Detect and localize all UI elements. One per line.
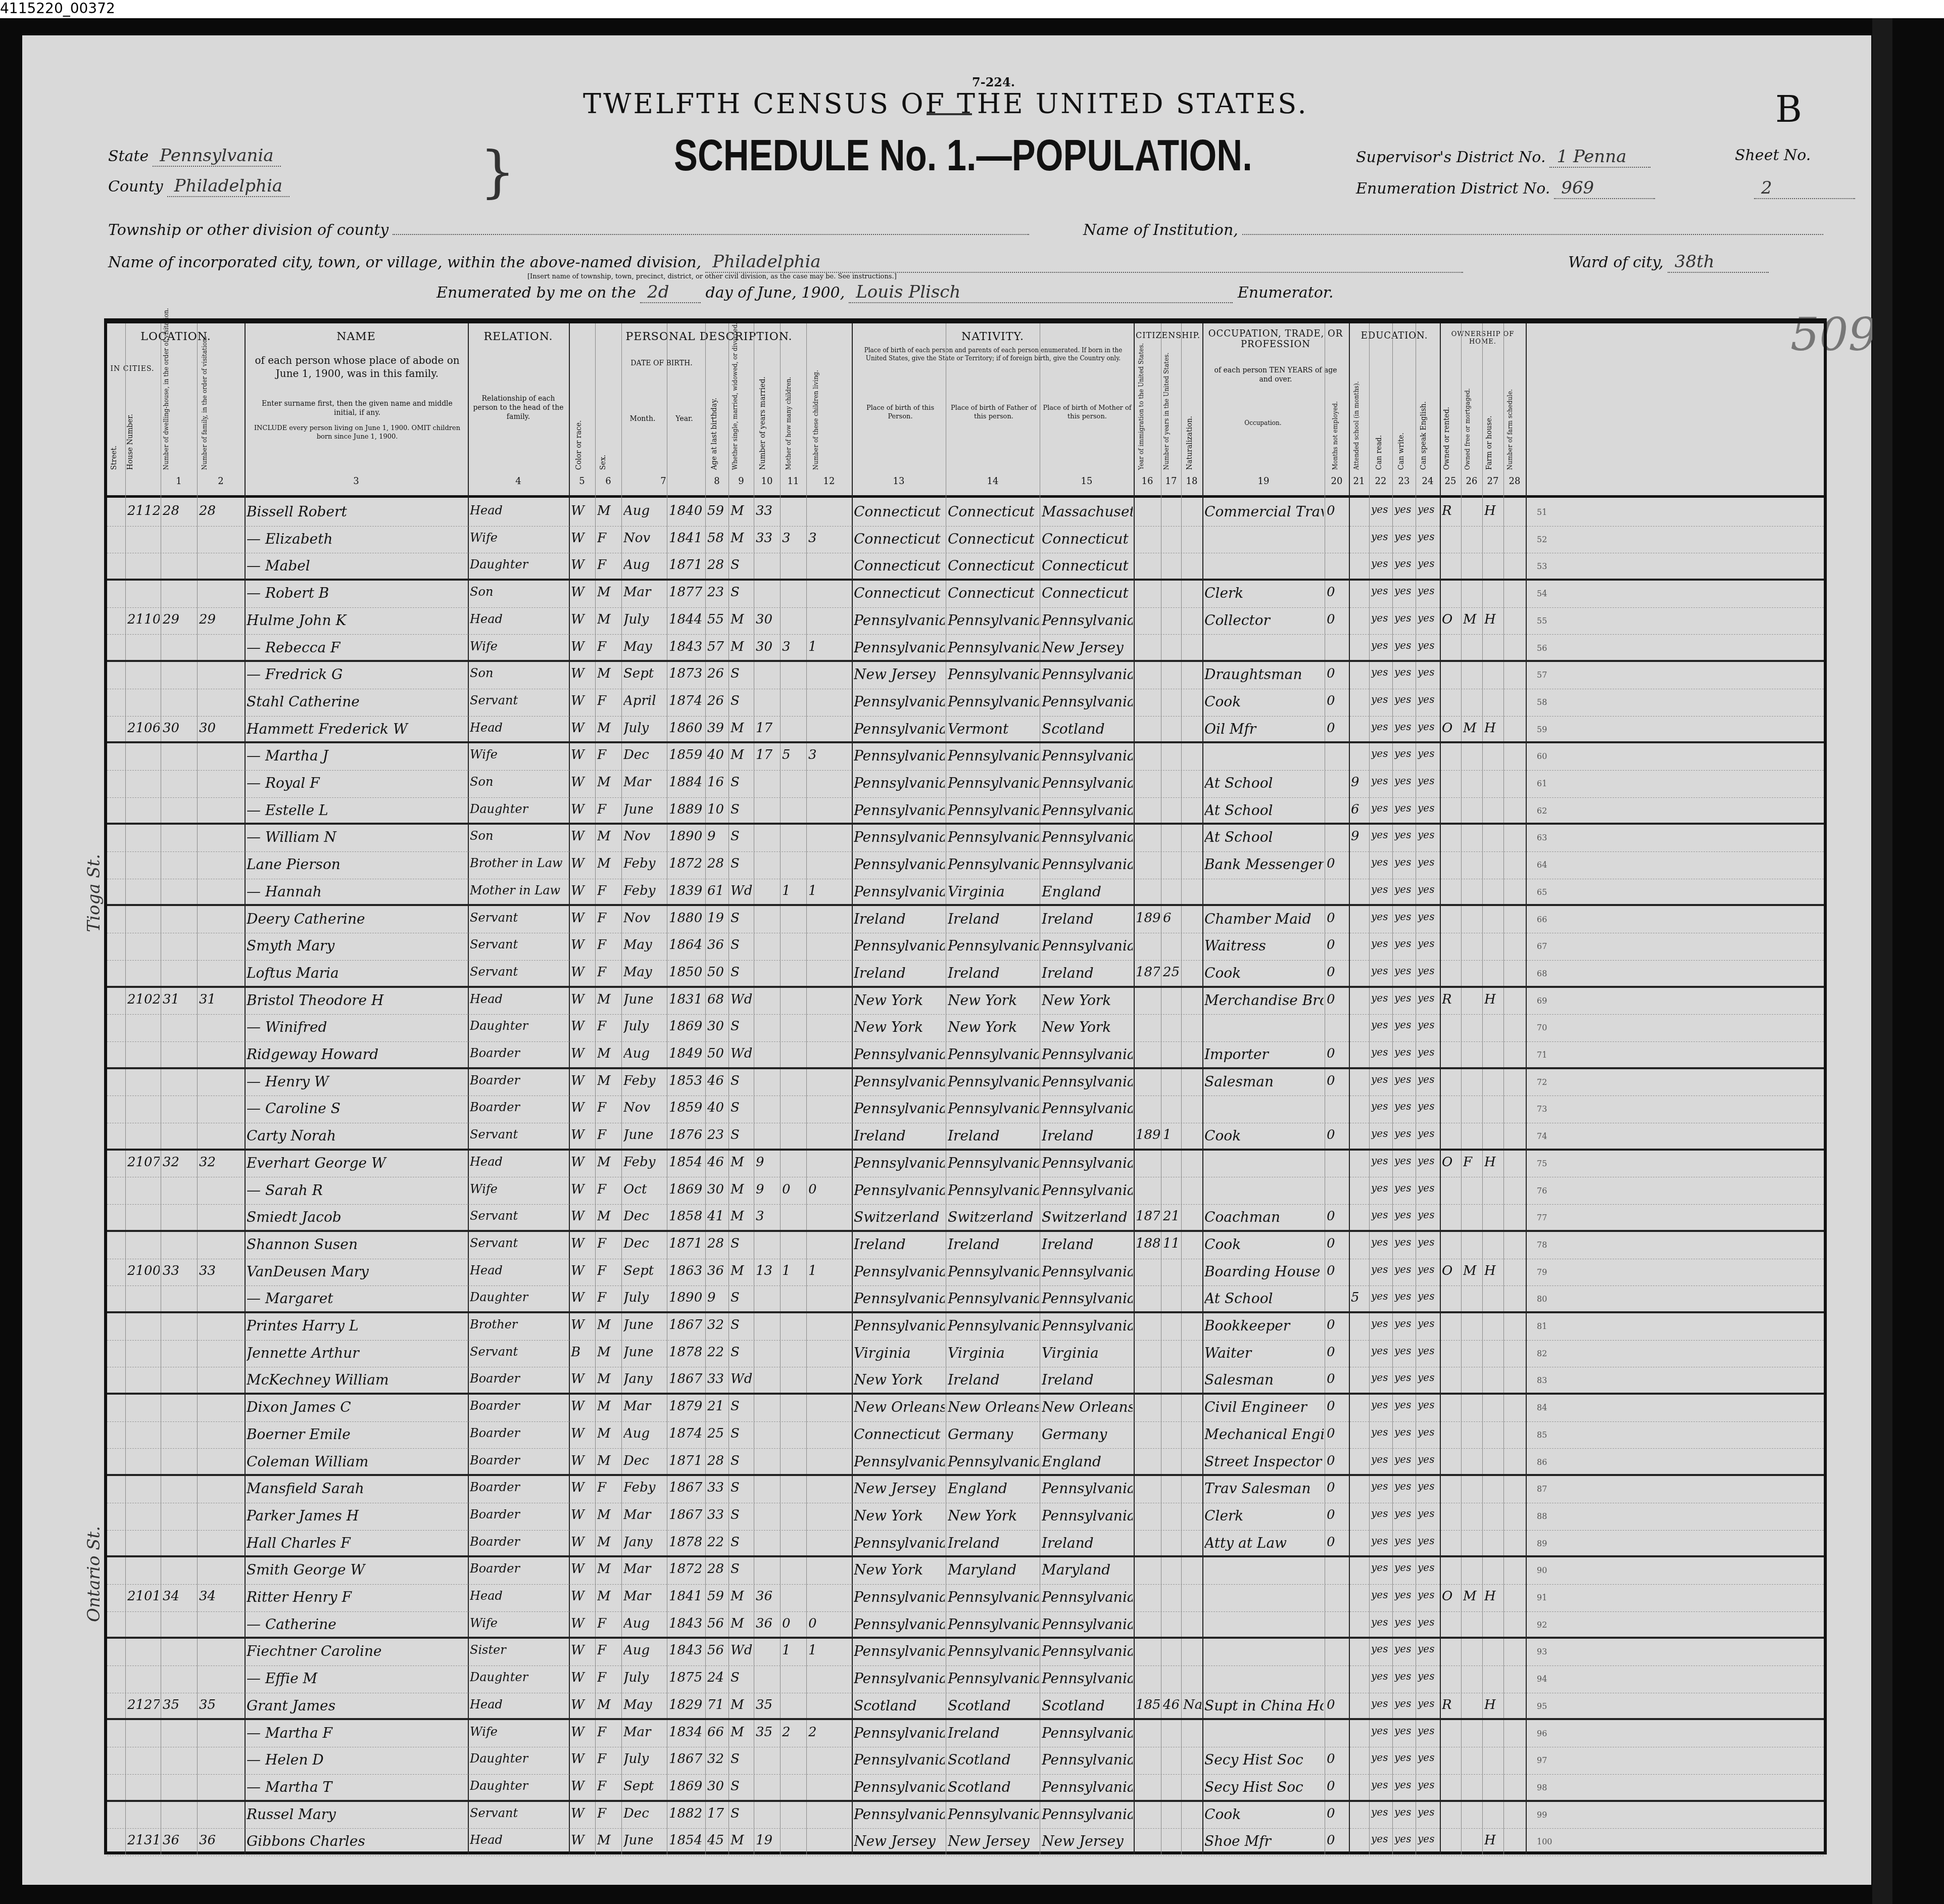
cell-year: 1882 bbox=[669, 1806, 704, 1821]
line-number: 92 bbox=[1537, 1620, 1547, 1630]
cell-relation: Daughter bbox=[470, 1779, 568, 1793]
cell-speak: yes bbox=[1418, 639, 1439, 651]
cell-yrs-married: 30 bbox=[756, 639, 779, 654]
cell-school: 6 bbox=[1351, 802, 1368, 817]
cell-month: Aug bbox=[623, 1046, 666, 1061]
cell-farm: H bbox=[1484, 992, 1502, 1007]
cell-year: 1843 bbox=[669, 1643, 704, 1658]
cell-mother: Pennsylvania bbox=[1042, 829, 1133, 845]
cell-father: Pennsylvania bbox=[948, 1616, 1039, 1633]
cell-age: 59 bbox=[707, 1589, 727, 1604]
cell-month: Nov bbox=[623, 829, 666, 844]
cell-year: 1844 bbox=[669, 612, 704, 627]
cell-year: 1869 bbox=[669, 1019, 704, 1034]
birth-person-label: Place of birth of this Person. bbox=[855, 404, 946, 421]
cell-write: yes bbox=[1394, 1073, 1415, 1085]
cell-age: 23 bbox=[707, 585, 727, 600]
column-number: 19 bbox=[1202, 476, 1325, 487]
cell-month: Jany bbox=[623, 1535, 666, 1550]
cell-yrs-married: 9 bbox=[756, 1182, 779, 1197]
cell-occupation: Bookkeeper bbox=[1204, 1317, 1324, 1334]
cell-father: Ireland bbox=[948, 1127, 1039, 1144]
cell-birth: Connecticut bbox=[854, 531, 945, 547]
cell-house: 2131 bbox=[127, 1833, 160, 1848]
cell-mother: Germany bbox=[1042, 1426, 1133, 1443]
cell-father: Pennsylvania bbox=[948, 612, 1039, 629]
table-row: 21073232Everhart George WHeadWMFeby18544… bbox=[107, 1151, 1824, 1178]
cell-speak: yes bbox=[1418, 1643, 1439, 1655]
table-row: Russel MaryServantWFDec188217SPennsylvan… bbox=[107, 1802, 1824, 1829]
cell-speak: yes bbox=[1418, 1697, 1439, 1709]
cell-mother: Pennsylvania bbox=[1042, 1779, 1133, 1795]
cell-name: Shannon Susen bbox=[247, 1236, 467, 1253]
cell-read: yes bbox=[1371, 1725, 1391, 1737]
cell-mother: Pennsylvania bbox=[1042, 1182, 1133, 1199]
table-row: Deery CatherineServantWFNov188019SIrelan… bbox=[107, 907, 1824, 934]
cell-father: Pennsylvania bbox=[948, 829, 1039, 845]
cell-write: yes bbox=[1394, 1155, 1415, 1167]
state-value: Pennsylvania bbox=[153, 146, 280, 167]
cell-relation: Servant bbox=[470, 1345, 568, 1359]
cell-year: 1840 bbox=[669, 503, 704, 518]
cell-name: Fiechtner Caroline bbox=[247, 1643, 467, 1659]
cell-mother-of: 1 bbox=[782, 1643, 805, 1658]
cell-relation: Boarder bbox=[470, 1561, 568, 1576]
cell-family: 30 bbox=[199, 721, 244, 736]
cell-year: 1853 bbox=[669, 1073, 704, 1088]
cell-write: yes bbox=[1394, 503, 1415, 515]
cell-father: Pennsylvania bbox=[948, 1100, 1039, 1117]
cell-birth: New Orleans bbox=[854, 1399, 945, 1415]
cell-mother: New York bbox=[1042, 1019, 1133, 1035]
cell-month: Dec bbox=[623, 1453, 666, 1468]
cell-dwelling: 29 bbox=[163, 612, 196, 627]
cell-owned: R bbox=[1442, 1697, 1460, 1712]
cell-sex: M bbox=[597, 1535, 620, 1550]
group-location: LOCATION. bbox=[107, 330, 245, 343]
vh-street: Street. bbox=[110, 379, 118, 470]
group-nativity: NATIVITY. bbox=[852, 330, 1134, 343]
cell-occupation: At School bbox=[1204, 802, 1324, 819]
cell-write: yes bbox=[1394, 1345, 1415, 1357]
cell-sex: M bbox=[597, 992, 620, 1007]
cell-write: yes bbox=[1394, 693, 1415, 705]
table-row: Mansfield SarahBoarderWFFeby186733SNew J… bbox=[107, 1476, 1824, 1503]
cell-sex: M bbox=[597, 721, 620, 736]
cell-sex: M bbox=[597, 829, 620, 844]
cell-relation: Head bbox=[470, 612, 568, 626]
table-row: Boerner EmileBoarderWMAug187425SConnecti… bbox=[107, 1422, 1824, 1449]
cell-speak: yes bbox=[1418, 1725, 1439, 1737]
cell-read: yes bbox=[1371, 531, 1391, 543]
cell-birth: Connecticut bbox=[854, 557, 945, 574]
cell-living: 0 bbox=[808, 1182, 851, 1197]
cell-name: Ridgeway Howard bbox=[247, 1046, 467, 1063]
cell-occupation: Clerk bbox=[1204, 585, 1324, 601]
cell-relation: Boarder bbox=[470, 1073, 568, 1087]
line-number: 100 bbox=[1537, 1837, 1552, 1846]
cell-name: — Catherine bbox=[247, 1616, 467, 1633]
cell-relation: Boarder bbox=[470, 1046, 568, 1060]
cell-mother: Connecticut bbox=[1042, 531, 1133, 547]
cell-age: 16 bbox=[707, 775, 727, 790]
cell-month: June bbox=[623, 802, 666, 817]
cell-occupation: Supt in China House bbox=[1204, 1697, 1324, 1714]
cell-name: McKechney William bbox=[247, 1371, 467, 1388]
cell-month: Aug bbox=[623, 1616, 666, 1631]
group-education: EDUCATION. bbox=[1349, 330, 1440, 341]
cell-age: 9 bbox=[707, 829, 727, 844]
cell-read: yes bbox=[1371, 1209, 1391, 1221]
cell-age: 50 bbox=[707, 965, 727, 980]
table-row: — Sarah RWifeWFOct186930M900Pennsylvania… bbox=[107, 1178, 1824, 1205]
cell-birth: Pennsylvania bbox=[854, 1182, 945, 1199]
cell-unemp: 0 bbox=[1327, 585, 1348, 600]
cell-mother-of: 5 bbox=[782, 747, 805, 763]
cell-marital: S bbox=[731, 1399, 753, 1414]
cell-yrs-married: 35 bbox=[756, 1725, 779, 1740]
cell-write: yes bbox=[1394, 1019, 1415, 1031]
cell-year: 1890 bbox=[669, 1290, 704, 1305]
line-number: 72 bbox=[1537, 1077, 1547, 1087]
cell-mother: Ireland bbox=[1042, 1535, 1133, 1551]
cell-age: 68 bbox=[707, 992, 727, 1007]
cell-name: Ritter Henry F bbox=[247, 1589, 467, 1605]
cell-year: 1871 bbox=[669, 1236, 704, 1251]
cell-relation: Wife bbox=[470, 747, 568, 761]
city-field: Name of incorporated city, town, or vill… bbox=[108, 252, 1463, 273]
cell-year: 1871 bbox=[669, 557, 704, 573]
cell-month: May bbox=[623, 639, 666, 654]
cell-write: yes bbox=[1394, 992, 1415, 1004]
line-number: 83 bbox=[1537, 1375, 1547, 1385]
cell-birth: Pennsylvania bbox=[854, 1453, 945, 1470]
column-number: 7 bbox=[621, 476, 705, 487]
cell-speak: yes bbox=[1418, 802, 1439, 814]
cell-name: — Martha F bbox=[247, 1725, 467, 1741]
occupation-desc: of each person TEN YEARS of age and over… bbox=[1207, 366, 1344, 384]
cell-occupation: Secy Hist Soc bbox=[1204, 1751, 1324, 1768]
relation-desc: Relationship of each person to the head … bbox=[473, 394, 564, 422]
cell-age: 66 bbox=[707, 1725, 727, 1740]
cell-read: yes bbox=[1371, 1127, 1391, 1139]
cell-speak: yes bbox=[1418, 1453, 1439, 1465]
cell-write: yes bbox=[1394, 937, 1415, 949]
line-number: 60 bbox=[1537, 751, 1547, 761]
cell-occupation: Merchandise Broker bbox=[1204, 992, 1324, 1009]
cell-relation: Head bbox=[470, 503, 568, 517]
cell-color: W bbox=[571, 1833, 594, 1848]
cell-occupation: Cook bbox=[1204, 693, 1324, 710]
cell-unemp: 0 bbox=[1327, 1806, 1348, 1821]
cell-write: yes bbox=[1394, 585, 1415, 597]
cell-sex: M bbox=[597, 666, 620, 681]
vh-dwelling: Number of dwelling-house, in the order o… bbox=[163, 354, 170, 470]
cell-unemp: 0 bbox=[1327, 1833, 1348, 1848]
cell-marital: Wd bbox=[731, 992, 753, 1007]
city-label: Name of incorporated city, town, or vill… bbox=[108, 254, 701, 271]
cell-speak: yes bbox=[1418, 1561, 1439, 1574]
cell-yrs-us: 46 bbox=[1163, 1697, 1180, 1712]
cell-month: Mar bbox=[623, 1561, 666, 1577]
cell-marital: M bbox=[731, 639, 753, 654]
supervisor-field: Supervisor's District No.1 Penna bbox=[1356, 147, 1650, 168]
table-row: Smyth MaryServantWFMay186436SPennsylvani… bbox=[107, 933, 1824, 961]
cell-month: May bbox=[623, 1697, 666, 1712]
cell-sex: M bbox=[597, 1399, 620, 1414]
cell-relation: Son bbox=[470, 666, 568, 680]
cell-yrs-us: 21 bbox=[1163, 1209, 1180, 1224]
cell-sex: F bbox=[597, 747, 620, 763]
cell-mother: Pennsylvania bbox=[1042, 1155, 1133, 1171]
cell-birth: Pennsylvania bbox=[854, 693, 945, 710]
line-number: 55 bbox=[1537, 616, 1547, 626]
cell-mother: Ireland bbox=[1042, 1236, 1133, 1253]
column-number: 2 bbox=[197, 476, 245, 487]
vh-years-married: Number of years married. bbox=[759, 354, 767, 470]
cell-year: 1843 bbox=[669, 639, 704, 654]
cell-mother: Pennsylvania bbox=[1042, 1806, 1133, 1823]
cell-read: yes bbox=[1371, 1046, 1391, 1058]
cell-unemp: 0 bbox=[1327, 1345, 1348, 1360]
cell-speak: yes bbox=[1418, 612, 1439, 624]
cell-yrs-married: 9 bbox=[756, 1155, 779, 1170]
line-number: 96 bbox=[1537, 1729, 1547, 1738]
cell-mother: England bbox=[1042, 883, 1133, 900]
cell-school: 9 bbox=[1351, 829, 1368, 844]
table-row: Shannon SusenServantWFDec187128SIrelandI… bbox=[107, 1232, 1824, 1259]
line-number: 61 bbox=[1537, 779, 1547, 788]
cell-speak: yes bbox=[1418, 1616, 1439, 1628]
cell-occupation: Draughtsman bbox=[1204, 666, 1324, 683]
cell-father: Ireland bbox=[948, 965, 1039, 981]
cell-marital: S bbox=[731, 937, 753, 953]
cell-occupation: Trav Salesman bbox=[1204, 1480, 1324, 1497]
cell-read: yes bbox=[1371, 856, 1391, 868]
cell-sex: M bbox=[597, 1073, 620, 1088]
cell-color: W bbox=[571, 531, 594, 546]
cell-name: Hulme John K bbox=[247, 612, 467, 629]
cell-father: Connecticut bbox=[948, 531, 1039, 547]
cell-color: B bbox=[571, 1345, 594, 1360]
cell-speak: yes bbox=[1418, 1480, 1439, 1492]
cell-read: yes bbox=[1371, 1507, 1391, 1519]
table-row: Jennette ArthurServantBMJune187822SVirgi… bbox=[107, 1341, 1824, 1368]
cell-marital: S bbox=[731, 666, 753, 681]
group-name: NAME bbox=[245, 330, 468, 343]
cell-month: Mar bbox=[623, 1507, 666, 1522]
cell-name: — Rebecca F bbox=[247, 639, 467, 656]
cell-name: — Mabel bbox=[247, 557, 467, 574]
cell-write: yes bbox=[1394, 1290, 1415, 1302]
cell-owned: O bbox=[1442, 612, 1460, 627]
township-field: Township or other division of county bbox=[108, 221, 1029, 239]
cell-father: Pennsylvania bbox=[948, 1589, 1039, 1605]
form-number: 7-224. bbox=[972, 75, 1015, 89]
cell-yrs-married: 35 bbox=[756, 1697, 779, 1712]
cell-living: 1 bbox=[808, 883, 851, 898]
cell-father: Connecticut bbox=[948, 557, 1039, 574]
cell-year: 1839 bbox=[669, 883, 704, 898]
cell-family: 36 bbox=[199, 1833, 244, 1848]
cell-occupation: Clerk bbox=[1204, 1507, 1324, 1524]
cell-read: yes bbox=[1371, 666, 1391, 678]
cell-occupation: Mechanical Engineer bbox=[1204, 1426, 1324, 1443]
cell-color: W bbox=[571, 1453, 594, 1468]
cell-write: yes bbox=[1394, 1697, 1415, 1709]
cell-mother: Ireland bbox=[1042, 911, 1133, 927]
cell-name: — Winifred bbox=[247, 1019, 467, 1035]
cell-relation: Servant bbox=[470, 693, 568, 707]
cell-year: 1854 bbox=[669, 1155, 704, 1170]
cell-father: Pennsylvania bbox=[948, 1453, 1039, 1470]
cell-sex: F bbox=[597, 937, 620, 953]
line-number: 98 bbox=[1537, 1783, 1547, 1792]
cell-name: — Sarah R bbox=[247, 1182, 467, 1199]
cell-unemp: 0 bbox=[1327, 1127, 1348, 1143]
cell-month: Nov bbox=[623, 1100, 666, 1115]
cell-marital: M bbox=[731, 1589, 753, 1604]
cell-relation: Servant bbox=[470, 1127, 568, 1141]
column-number: 24 bbox=[1416, 476, 1440, 487]
cell-birth: Pennsylvania bbox=[854, 883, 945, 900]
line-number: 97 bbox=[1537, 1755, 1547, 1765]
cell-sex: F bbox=[597, 1100, 620, 1115]
cell-color: W bbox=[571, 992, 594, 1007]
sheet-number-value: 2 bbox=[1754, 178, 1855, 199]
name-desc: of each person whose place of abode on J… bbox=[254, 354, 461, 380]
cell-color: W bbox=[571, 666, 594, 681]
cell-unemp: 0 bbox=[1327, 1697, 1348, 1712]
cell-year: 1872 bbox=[669, 856, 704, 871]
cell-house: 2110 bbox=[127, 612, 160, 627]
cell-name: — Fredrick G bbox=[247, 666, 467, 683]
cell-year: 1872 bbox=[669, 1561, 704, 1577]
cell-mother: Pennsylvania bbox=[1042, 1616, 1133, 1633]
cell-name: — Helen D bbox=[247, 1751, 467, 1768]
cell-month: Sept bbox=[623, 1779, 666, 1794]
cell-sex: F bbox=[597, 1480, 620, 1495]
cell-mother: Pennsylvania bbox=[1042, 775, 1133, 791]
cell-sex: M bbox=[597, 1561, 620, 1577]
cell-read: yes bbox=[1371, 639, 1391, 651]
cell-year: 1850 bbox=[669, 965, 704, 980]
cell-age: 33 bbox=[707, 1371, 727, 1387]
cell-marital: S bbox=[731, 802, 753, 817]
table-row: — Robert BSonWMMar187723SConnecticutConn… bbox=[107, 581, 1824, 608]
cell-marital: S bbox=[731, 1779, 753, 1794]
cell-birth: Pennsylvania bbox=[854, 1589, 945, 1605]
cell-age: 46 bbox=[707, 1073, 727, 1088]
cell-sex: F bbox=[597, 693, 620, 708]
line-number: 95 bbox=[1537, 1701, 1547, 1711]
cell-relation: Wife bbox=[470, 1182, 568, 1196]
cell-age: 33 bbox=[707, 1480, 727, 1495]
cell-relation: Head bbox=[470, 1589, 568, 1603]
cell-marital: M bbox=[731, 1616, 753, 1631]
cell-age: 19 bbox=[707, 911, 727, 926]
cell-year: 1829 bbox=[669, 1697, 704, 1712]
line-number: 73 bbox=[1537, 1104, 1547, 1114]
cell-marital: M bbox=[731, 1263, 753, 1278]
cell-year: 1834 bbox=[669, 1725, 704, 1740]
cell-birth: Pennsylvania bbox=[854, 802, 945, 819]
cell-sex: M bbox=[597, 856, 620, 871]
cell-father: Scotland bbox=[948, 1697, 1039, 1714]
cell-father: Virginia bbox=[948, 883, 1039, 900]
cell-father: Virginia bbox=[948, 1345, 1039, 1361]
cell-speak: yes bbox=[1418, 666, 1439, 678]
cell-marital: S bbox=[731, 1480, 753, 1495]
vh-months-unemployed: Months not employed. bbox=[1332, 394, 1339, 470]
cell-free: F bbox=[1463, 1155, 1481, 1170]
cell-marital: S bbox=[731, 1073, 753, 1088]
table-row: 21273535Grant JamesHeadWMMay182971M35Sco… bbox=[107, 1693, 1824, 1721]
cell-farm: H bbox=[1484, 1155, 1502, 1170]
cell-occupation: Waiter bbox=[1204, 1345, 1324, 1361]
cell-sex: M bbox=[597, 1697, 620, 1712]
cell-month: July bbox=[623, 1670, 666, 1685]
cell-name: — Royal F bbox=[247, 775, 467, 791]
cell-sex: F bbox=[597, 557, 620, 573]
cell-color: W bbox=[571, 1616, 594, 1631]
table-row: Dixon James CBoarderWMMar187921SNew Orle… bbox=[107, 1395, 1824, 1422]
cell-read: yes bbox=[1371, 883, 1391, 895]
cell-father: Pennsylvania bbox=[948, 693, 1039, 710]
street-note-tioga: Tioga St. bbox=[84, 854, 104, 932]
cell-relation: Daughter bbox=[470, 802, 568, 816]
cell-relation: Daughter bbox=[470, 557, 568, 572]
cell-write: yes bbox=[1394, 856, 1415, 868]
county-value: Philadelphia bbox=[167, 176, 289, 197]
cell-mother-of: 3 bbox=[782, 639, 805, 654]
cell-owned: O bbox=[1442, 1589, 1460, 1604]
cell-marital: S bbox=[731, 1561, 753, 1577]
vh-house: House Number. bbox=[126, 379, 134, 470]
cell-occupation: Coachman bbox=[1204, 1209, 1324, 1225]
cell-color: W bbox=[571, 1643, 594, 1658]
cell-name: Stahl Catherine bbox=[247, 693, 467, 710]
cell-color: W bbox=[571, 693, 594, 708]
cell-occupation: At School bbox=[1204, 775, 1324, 791]
vh-family: Number of family, in the order of visita… bbox=[201, 354, 208, 470]
cell-year: 1869 bbox=[669, 1779, 704, 1794]
column-number: 17 bbox=[1161, 476, 1181, 487]
cell-speak: yes bbox=[1418, 829, 1439, 841]
cell-read: yes bbox=[1371, 1480, 1391, 1492]
cell-mother: Pennsylvania bbox=[1042, 1073, 1133, 1090]
cell-unemp: 0 bbox=[1327, 503, 1348, 518]
cell-speak: yes bbox=[1418, 1345, 1439, 1357]
cell-marital: M bbox=[731, 503, 753, 518]
cell-marital: S bbox=[731, 1751, 753, 1767]
cell-relation: Brother bbox=[470, 1317, 568, 1331]
cell-birth: Pennsylvania bbox=[854, 829, 945, 845]
cell-write: yes bbox=[1394, 1371, 1415, 1384]
cell-family: 34 bbox=[199, 1589, 244, 1604]
cell-color: W bbox=[571, 937, 594, 953]
cell-yrs-married: 33 bbox=[756, 531, 779, 546]
cell-sex: M bbox=[597, 1209, 620, 1224]
cell-month: Nov bbox=[623, 911, 666, 926]
line-number: 93 bbox=[1537, 1647, 1547, 1656]
cell-name: Grant James bbox=[247, 1697, 467, 1714]
cell-name: Hammett Frederick W bbox=[247, 721, 467, 737]
cell-year: 1877 bbox=[669, 585, 704, 600]
cell-sex: M bbox=[597, 585, 620, 600]
cell-free: M bbox=[1463, 612, 1481, 627]
cell-color: W bbox=[571, 612, 594, 627]
